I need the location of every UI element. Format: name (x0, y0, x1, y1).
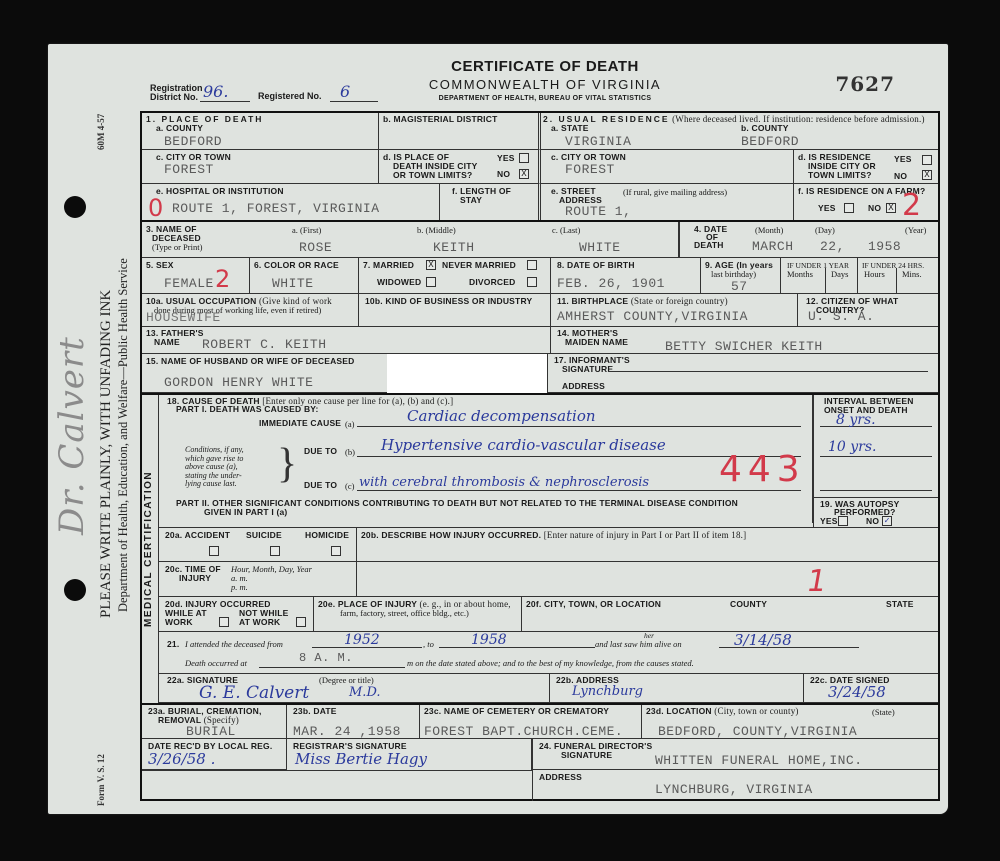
mother-name-cell: 14. MOTHER'S MAIDEN NAME BETTY SWICHER K… (551, 327, 938, 354)
injury-at-work-cell: 20d. INJURY OCCURRED WHILE AT WORK NOT W… (159, 597, 314, 632)
redaction-box (387, 354, 547, 394)
attended-from-value[interactable]: 1952 (344, 632, 380, 648)
age-cell: 9. AGE (In years last birthday) 57 (701, 258, 781, 294)
hospital-cell: e. HOSPITAL OR INSTITUTION 0 ROUTE 1, FO… (142, 184, 440, 221)
length-of-stay-cell: f. LENGTH OF STAY (440, 184, 541, 221)
citizenship-cell: 12. CITIZEN OF WHAT COUNTRY? U. S. A. (798, 294, 938, 327)
citizenship-value[interactable]: U. S. A. (808, 309, 874, 324)
marital-status-cell: 7. MARRIED X NEVER MARRIED WIDOWED DIVOR… (359, 258, 551, 294)
residence-city-cell: c. CITY OR TOWN FOREST (541, 150, 794, 184)
registered-line (330, 84, 378, 102)
certificate-title: CERTIFICATE OF DEATH (425, 58, 665, 75)
mother-name-value[interactable]: BETTY SWICHER KEITH (665, 339, 823, 354)
form-number: Form V. S. 12 (96, 754, 106, 806)
autopsy-yes-checkbox[interactable] (838, 516, 848, 526)
race-cell: 6. COLOR OR RACE WHITE (250, 258, 359, 294)
middle-name-value[interactable]: KEITH (433, 240, 475, 255)
under-24-hours-cell: IF UNDER 24 HRS. Hours Mins. (858, 258, 938, 294)
sex-red-code: 2 (215, 265, 230, 293)
date-signed-cell: 22c. DATE SIGNED 3/24/58 (804, 674, 938, 703)
occupation-value[interactable]: HOUSEWIFE (146, 310, 221, 325)
conditions-note: Conditions, if any, which gave rise to a… (185, 446, 244, 489)
residence-city-value[interactable]: FOREST (565, 162, 615, 177)
never-married-checkbox[interactable] (527, 260, 537, 270)
farm-yes-checkbox[interactable] (844, 203, 854, 213)
residence-inside-limits-no-checkbox[interactable]: X (922, 170, 932, 180)
interval-a-value[interactable]: 8 yrs. (836, 412, 876, 428)
hospital-value[interactable]: ROUTE 1, FOREST, VIRGINIA (172, 201, 380, 216)
informant-signature-line[interactable] (608, 362, 928, 372)
physician-degree[interactable]: M.D. (349, 685, 381, 700)
physician-signature[interactable]: G. E. Calvert (199, 683, 309, 703)
margin-instruction: PLEASE WRITE PLAINLY, WITH UNFADING INK (98, 290, 115, 618)
date-of-birth-cell: 8. DATE OF BIRTH FEB. 26, 1901 (551, 258, 701, 294)
cause-of-death-cell: 18. CAUSE OF DEATH [Enter only one cause… (159, 395, 813, 523)
while-at-work-checkbox[interactable] (219, 617, 229, 627)
death-month-value[interactable]: MARCH (752, 239, 794, 254)
burial-location-value[interactable]: BEDFORD, COUNTY,VIRGINIA (658, 724, 857, 739)
death-time-value[interactable]: 8 A. M. (299, 651, 353, 665)
sex-value[interactable]: FEMALE (164, 276, 214, 291)
date-received-cell: DATE REC'D BY LOCAL REG. 3/26/58 . (142, 739, 287, 770)
spouse-value[interactable]: GORDON HENRY WHITE (164, 375, 313, 390)
registrar-signature[interactable]: Miss Bertie Hagy (295, 750, 427, 768)
residence-street-cell: e. STREET ADDRESS (If rural, give mailin… (541, 184, 794, 221)
deceased-name-cell: 3. NAME OF DECEASED (Type or Print) a. (… (142, 222, 679, 258)
married-checkbox[interactable]: X (426, 260, 436, 270)
place-of-death-county-cell: 1. PLACE OF DEATH a. COUNTY BEDFORD (142, 113, 379, 150)
accident-checkbox[interactable] (209, 546, 219, 556)
pencil-note: Dr. Calvert (52, 336, 92, 535)
autopsy-cell: 19. WAS AUTOPSY PERFORMED? YES NO ✓ (813, 498, 938, 528)
not-while-at-work-checkbox[interactable] (296, 617, 306, 627)
interval-cell: INTERVAL BETWEEN ONSET AND DEATH 8 yrs. … (813, 395, 938, 498)
injury-type-cell: 20a. ACCIDENT SUICIDE HOMICIDE (159, 528, 357, 562)
burial-date-cell: 23b. DATE MAR. 24 ,1958 (287, 705, 420, 739)
binder-hole-top (64, 196, 86, 218)
margin-department: Department of Health, Education, and Wel… (116, 258, 131, 612)
birthplace-value[interactable]: AMHERST COUNTY,VIRGINIA (557, 309, 748, 324)
cause-c-value[interactable]: with cerebral thrombosis & nephroscleros… (359, 475, 649, 490)
race-value[interactable]: WHITE (272, 276, 314, 291)
burial-type-value[interactable]: BURIAL (186, 724, 236, 739)
certificate-department: DEPARTMENT OF HEALTH, BUREAU OF VITAL ST… (395, 95, 695, 102)
certificate-subtitle: COMMONWEALTH OF VIRGINIA (395, 77, 695, 92)
burial-type-cell: 23a. BURIAL, CREMATION, REMOVAL (Specify… (142, 705, 287, 739)
time-of-injury-cell: 20c. TIME OF INJURY Hour, Month, Day, Ye… (159, 562, 357, 597)
registration-district-label: Registration District No. (150, 84, 203, 102)
death-city-value[interactable]: FOREST (164, 162, 214, 177)
injury-location-cell: 20f. CITY, TOWN, OR LOCATION COUNTY STAT… (522, 597, 938, 632)
last-name-value[interactable]: WHITE (579, 240, 621, 255)
burial-location-cell: 23d. LOCATION (City, town or county) (St… (642, 705, 938, 739)
time-of-injury-value-cell: 1 (357, 562, 938, 597)
funeral-address-cell: ADDRESS LYNCHBURG, VIRGINIA (532, 770, 938, 801)
physician-address[interactable]: Lynchburg (572, 684, 643, 699)
attendance-cell: 21. I attended the deceased from 1952 , … (159, 632, 938, 674)
physician-signature-cell: 22a. SIGNATURE (Degree or title) G. E. C… (159, 674, 550, 703)
farm-red-code: 2 (902, 188, 921, 223)
age-value[interactable]: 57 (731, 279, 748, 294)
brace: } (277, 443, 297, 485)
residence-inside-limits-yes-checkbox[interactable] (922, 155, 932, 165)
funeral-director-value[interactable]: WHITTEN FUNERAL HOME,INC. (655, 753, 863, 768)
last-saw-alive-value[interactable]: 3/14/58 (734, 632, 792, 649)
cause-code-red: 443 (719, 449, 806, 490)
medical-certification-label: MEDICAL CERTIFICATION (143, 471, 154, 627)
cemetery-cell: 23c. NAME OF CEMETERY OR CREMATORY FORES… (420, 705, 642, 739)
form-code: 60M 4-57 (96, 114, 106, 150)
residence-farm-cell: f. IS RESIDENCE ON A FARM? YES NO X 2 (794, 184, 938, 221)
death-county-value[interactable]: BEDFORD (164, 134, 222, 149)
attended-to-value[interactable]: 1958 (471, 632, 507, 648)
certificate-header: Registration District No. 96. Registered… (145, 56, 935, 112)
hospital-red-code: 0 (148, 194, 163, 221)
residence-county-value[interactable]: BEDFORD (741, 134, 799, 149)
business-cell: 10b. KIND OF BUSINESS OR INDUSTRY (359, 294, 551, 327)
residence-state-county-cell: 2. USUAL RESIDENCE (Where deceased lived… (541, 113, 938, 150)
death-inside-limits-no-checkbox[interactable]: X (519, 169, 529, 179)
date-of-death-cell: 4. DATE OF DEATH (Month) (Day) (Year) MA… (679, 222, 938, 258)
father-name-value[interactable]: ROBERT C. KEITH (202, 337, 327, 352)
birthplace-cell: 11. BIRTHPLACE (State or foreign country… (551, 294, 798, 327)
residence-inside-limits-cell: d. IS RESIDENCE INSIDE CITY OR TOWN LIMI… (794, 150, 938, 184)
registered-number[interactable]: 6 (340, 82, 350, 101)
certificate-form: 1. PLACE OF DEATH a. COUNTY BEDFORD b. M… (140, 111, 940, 801)
occupation-cell: 10a. USUAL OCCUPATION (Give kind of work… (142, 294, 359, 327)
place-of-death-city-cell: c. CITY OR TOWN FOREST (142, 150, 379, 184)
under-1-year-cell: IF UNDER 1 YEAR Months Days (781, 258, 858, 294)
autopsy-no-checkbox[interactable]: ✓ (882, 516, 892, 526)
date-of-birth-value[interactable]: FEB. 26, 1901 (557, 276, 665, 291)
cause-a-value[interactable]: Cardiac decompensation (407, 407, 596, 425)
widowed-checkbox[interactable] (426, 277, 436, 287)
death-inside-limits-cell: d. IS PLACE OF DEATH INSIDE CITY OR TOWN… (379, 150, 541, 184)
red-pencil-mark: 1 (804, 564, 829, 597)
district-number[interactable]: 96. (203, 82, 228, 101)
binder-hole-bottom (64, 579, 86, 601)
informant-cell: 17. INFORMANT'S SIGNATURE ADDRESS (547, 354, 938, 393)
death-day-value[interactable]: 22, (820, 239, 845, 254)
registrar-signature-cell: REGISTRAR'S SIGNATURE Miss Bertie Hagy (287, 739, 532, 770)
place-of-injury-cell: 20e. PLACE OF INJURY (e. g., in or about… (314, 597, 522, 632)
sex-cell: 5. SEX FEMALE 2 (142, 258, 250, 294)
suicide-checkbox[interactable] (270, 546, 280, 556)
date-received-value[interactable]: 3/26/58 . (148, 750, 215, 768)
farm-no-checkbox[interactable]: X (886, 203, 896, 213)
magisterial-district-cell: b. MAGISTERIAL DISTRICT (379, 113, 541, 150)
spouse-cell: 15. NAME OF HUSBAND OR WIFE OF DECEASED … (142, 354, 387, 393)
death-inside-limits-yes-checkbox[interactable] (519, 153, 529, 163)
father-name-cell: 13. FATHER'S NAME ROBERT C. KEITH (142, 327, 551, 354)
divorced-checkbox[interactable] (527, 277, 537, 287)
cause-b-value[interactable]: Hypertensive cardio-vascular disease (381, 436, 666, 454)
death-year-value[interactable]: 1958 (868, 239, 901, 254)
date-signed-value[interactable]: 3/24/58 (828, 683, 886, 701)
homicide-checkbox[interactable] (331, 546, 341, 556)
residence-state-value[interactable]: VIRGINIA (565, 134, 631, 149)
physician-address-cell: 22b. ADDRESS Lynchburg (550, 674, 804, 703)
burial-date-value[interactable]: MAR. 24 ,1958 (293, 724, 401, 739)
interval-b-value[interactable]: 10 yrs. (828, 439, 877, 455)
cemetery-value[interactable]: FOREST BAPT.CHURCH.CEME. (424, 724, 623, 739)
describe-injury-cell: 20b. DESCRIBE HOW INJURY OCCURRED. [Ente… (357, 528, 938, 562)
first-name-value[interactable]: ROSE (299, 240, 332, 255)
registered-number-label: Registered No. (258, 91, 322, 101)
residence-street-value[interactable]: ROUTE 1, (565, 204, 631, 219)
funeral-director-cell: 24. FUNERAL DIRECTOR'S SIGNATURE WHITTEN… (532, 739, 938, 770)
certificate-number: 7627 (835, 72, 895, 96)
funeral-address-value[interactable]: LYNCHBURG, VIRGINIA (655, 782, 813, 797)
